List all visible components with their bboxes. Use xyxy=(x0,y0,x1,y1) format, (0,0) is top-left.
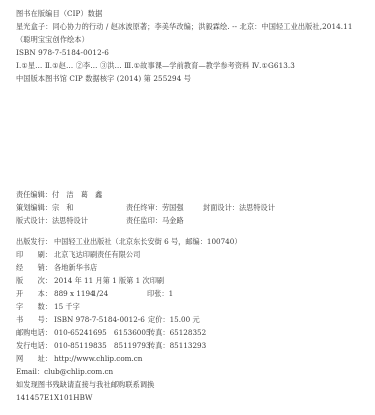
mail-order-row: 邮购电话：010-65241695 61536005传真：65128352 xyxy=(16,329,206,336)
price-value: 15.00 元 xyxy=(170,316,200,323)
planning-editor-value: 宗 和 xyxy=(52,204,74,211)
publisher-row: 出版发行：中国轻工业出版社（北京东长安街 6 号，邮编：100740） xyxy=(16,238,242,245)
cip-record-number: 中国版本图书馆 CIP 数据核字 (2014) 第 255294 号 xyxy=(16,75,191,82)
mail-order-phone: 010-65241695 61536005 xyxy=(54,329,148,336)
cover-design-value: 法思特设计 xyxy=(239,204,275,211)
book-number-value: ISBN 978-7-5184-0012-6 xyxy=(54,316,148,323)
responsible-editor-value: 付 洁 葛 鑫 xyxy=(52,191,102,198)
website-link[interactable]: http://www.chlip.com.cn xyxy=(54,355,142,362)
format-label: 开 本： xyxy=(16,290,54,297)
email-label: Email： xyxy=(16,368,44,375)
layout-design-value: 法思特设计 xyxy=(52,217,88,224)
distribution-label: 发行电话： xyxy=(16,342,54,349)
website-row: 网 址：http://www.chlip.com.cn xyxy=(16,355,142,362)
publisher-value: 中国轻工业出版社（北京东长安街 6 号，邮编：100740） xyxy=(54,238,242,245)
format-fraction: 1/24 xyxy=(92,290,147,297)
format-value: 889 x 1194 xyxy=(54,290,92,297)
staff-row-2: 策划编辑：宗 和责任终审：劳国强封面设计：法思特设计 xyxy=(16,204,275,211)
edition-row: 版 次：2014 年 11 月第 1 版第 1 次印刷 xyxy=(16,277,164,284)
dist-fax-label: 传真： xyxy=(148,342,170,349)
cip-heading: 图书在版编目（CIP）数据 xyxy=(16,10,102,17)
printer-row: 印 刷：北京飞达印刷责任有限公司 xyxy=(16,251,140,258)
replacement-notice: 如发现图书残缺请直接与我社邮购联系调换 xyxy=(16,381,154,388)
print-supervisor-value: 马金路 xyxy=(162,217,184,224)
distributor-label: 经 销： xyxy=(16,264,54,271)
product-code: 141457E1X101HBW xyxy=(16,394,93,401)
sheets-value: 1 xyxy=(169,290,174,297)
word-count-row: 字 数：15 千字 xyxy=(16,303,80,310)
distributor-value: 各地新华书店 xyxy=(54,264,97,271)
mail-order-label: 邮购电话： xyxy=(16,329,54,336)
final-review-label: 责任终审： xyxy=(126,204,162,211)
print-supervisor-label: 责任监印： xyxy=(126,217,162,224)
cip-classification: Ⅰ.①星… Ⅱ.①赵… ②李… ③洪… Ⅲ.①故事课—学前教育—教学参考资料 Ⅳ… xyxy=(16,62,295,69)
final-review-value: 劳国强 xyxy=(162,204,184,211)
email-link[interactable]: club@chlip.com.cn xyxy=(44,368,113,375)
mail-fax-value: 65128352 xyxy=(170,329,207,336)
staff-row-3: 版式设计：法思特设计责任监印：马金路 xyxy=(16,217,184,224)
distribution-phone: 010-85119835 85119793 xyxy=(54,342,148,349)
book-number-label: 书 号： xyxy=(16,316,54,323)
printer-value: 北京飞达印刷责任有限公司 xyxy=(54,251,140,258)
responsible-editor-label: 责任编辑： xyxy=(16,191,52,198)
cover-design-label: 封面设计： xyxy=(203,204,239,211)
cip-isbn: ISBN 978-7-5184-0012-6 xyxy=(16,49,109,56)
book-number-row: 书 号：ISBN 978-7-5184-0012-6定价：15.00 元 xyxy=(16,316,200,323)
distributor-row: 经 销：各地新华书店 xyxy=(16,264,97,271)
publisher-label: 出版发行： xyxy=(16,238,54,245)
planning-editor-label: 策划编辑： xyxy=(16,204,52,211)
sheets-label: 印张： xyxy=(147,290,169,297)
mail-fax-label: 传真： xyxy=(148,329,170,336)
staff-row-1: 责任编辑：付 洁 葛 鑫 xyxy=(16,191,102,198)
layout-design-label: 版式设计： xyxy=(16,217,52,224)
distribution-row: 发行电话：010-85119835 85119793传真：85113293 xyxy=(16,342,206,349)
word-count-label: 字 数： xyxy=(16,303,54,310)
printer-label: 印 刷： xyxy=(16,251,54,258)
edition-label: 版 次： xyxy=(16,277,54,284)
dist-fax-value: 85113293 xyxy=(170,342,207,349)
cip-title-line: 星光盒子：同心协力的行动 / 赵冰波原著；李美华改编；洪毅霖绘. -- 北京：中… xyxy=(16,23,353,30)
price-label: 定价： xyxy=(148,316,170,323)
format-row: 开 本：889 x 11941/24印张：1 xyxy=(16,290,173,297)
email-row: Email：club@chlip.com.cn xyxy=(16,368,113,375)
cip-series-line: （聪明宝宝创作绘本） xyxy=(16,36,89,43)
edition-value: 2014 年 11 月第 1 版第 1 次印刷 xyxy=(54,277,164,284)
website-label: 网 址： xyxy=(16,355,54,362)
word-count-value: 15 千字 xyxy=(54,303,80,310)
